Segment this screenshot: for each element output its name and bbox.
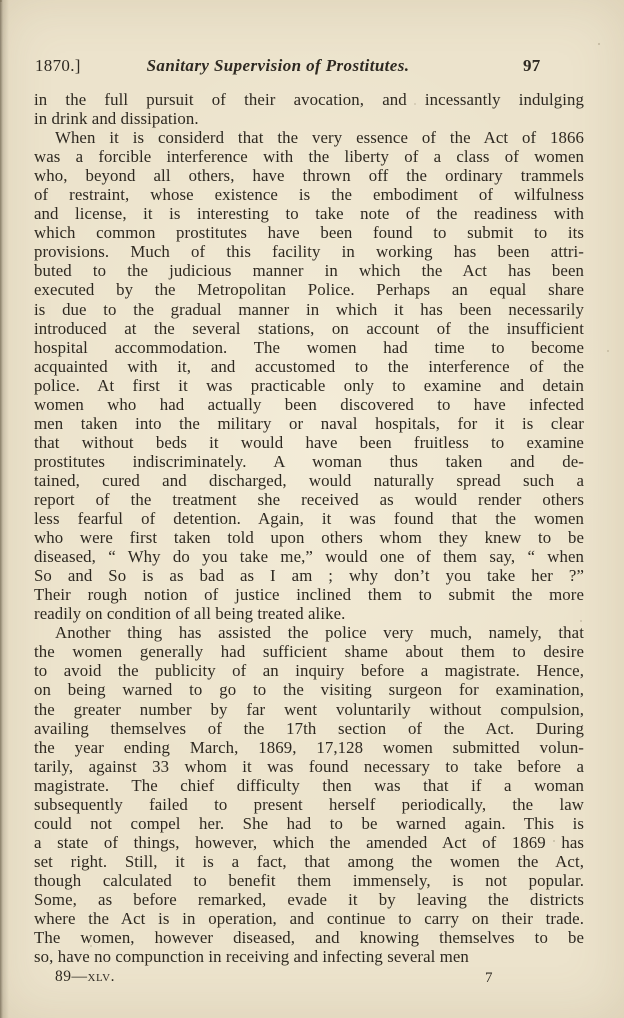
text-line: a state of things, however, which the am… xyxy=(34,833,584,852)
text-line: less fearful of detention. Again, it was… xyxy=(34,509,584,528)
text-line: in drink and dissipation. xyxy=(34,109,584,128)
text-line: introduced at the several stations, on a… xyxy=(34,319,584,338)
text-line: women who had actually been discovered t… xyxy=(34,395,584,414)
text-line: diseased, “ Why do you take me,” would o… xyxy=(34,547,584,566)
text-line: who, beyond all others, have thrown off … xyxy=(34,166,584,185)
text-line: on being warned to go to the visiting su… xyxy=(34,680,584,699)
text-line: prostitutes indiscriminately. A woman th… xyxy=(34,452,584,471)
text-line: that without beds it would have been fru… xyxy=(34,433,584,452)
text-line: hospital accommodation. The women had ti… xyxy=(34,338,584,357)
text-line: executed by the Metropolitan Police. Per… xyxy=(34,280,584,299)
text-line: tained, cured and discharged, would natu… xyxy=(34,471,584,490)
page-footer: 89—xlv. 7 xyxy=(34,968,586,990)
text-line: tarily, against 33 whom it was found nec… xyxy=(34,757,584,776)
header-chapter-title: Sanitary Supervision of Prostitutes. xyxy=(144,56,412,76)
text-line: set right. Still, it is a fact, that amo… xyxy=(34,852,584,871)
scanned-book-page: 1870.] Sanitary Supervision of Prostitut… xyxy=(0,0,624,1018)
text-block: in the full pursuit of their avocation, … xyxy=(34,90,584,966)
text-line: who were first taken told upon others wh… xyxy=(34,528,584,547)
text-line: the year ending March, 1869, 17,128 wome… xyxy=(34,738,584,757)
text-line: so, have no compunction in receiving and… xyxy=(34,947,584,966)
text-line: and license, it is interesting to take n… xyxy=(34,204,584,223)
text-line: to avoid the publicity of an inquiry bef… xyxy=(34,661,584,680)
text-line: could not compel her. She had to be warn… xyxy=(34,814,584,833)
text-line: provisions. Much of this facility in wor… xyxy=(34,242,584,261)
text-line: the greater number by far went voluntari… xyxy=(34,700,584,719)
text-line: report of the treatment she received as … xyxy=(34,490,584,509)
text-line: which common prostitutes have been found… xyxy=(34,223,584,242)
text-line: Their rough notion of justice inclined t… xyxy=(34,585,584,604)
text-line: subsequently failed to present herself p… xyxy=(34,795,584,814)
header-year-label: 1870.] xyxy=(35,56,81,76)
footer-signature-mark: 89—xlv. xyxy=(55,968,115,986)
text-line: When it is considerd that the very essen… xyxy=(34,128,584,147)
text-line: Another thing has assisted the police ve… xyxy=(34,623,584,642)
text-line: the women generally had sufficient shame… xyxy=(34,642,584,661)
text-line: Some, as before remarked, evade it by le… xyxy=(34,890,584,909)
text-line: So and So is as bad as I am ; why don’t … xyxy=(34,566,584,585)
text-line: buted to the judicious manner in which t… xyxy=(34,261,584,280)
text-line: was a forcible interference with the lib… xyxy=(34,147,584,166)
text-line: police. At first it was practicable only… xyxy=(34,376,584,395)
text-line: availing themselves of the 17th section … xyxy=(34,719,584,738)
text-line: The women, however diseased, and knowing… xyxy=(34,928,584,947)
text-line: is due to the gradual manner in which it… xyxy=(34,300,584,319)
page-content: 1870.] Sanitary Supervision of Prostitut… xyxy=(34,0,586,1018)
text-line: readily on condition of all being treate… xyxy=(34,604,584,623)
footer-press-figure: 7 xyxy=(485,970,493,987)
text-line: men taken into the military or naval hos… xyxy=(34,414,584,433)
text-line: where the Act is in operation, and conti… xyxy=(34,909,584,928)
text-line: though calculated to benefit them immens… xyxy=(34,871,584,890)
header-page-number: 97 xyxy=(523,56,541,76)
text-line: acquainted with it, and accustomed to th… xyxy=(34,357,584,376)
text-line: of restraint, whose existence is the emb… xyxy=(34,185,584,204)
running-head: 1870.] Sanitary Supervision of Prostitut… xyxy=(34,56,586,80)
text-line: in the full pursuit of their avocation, … xyxy=(34,90,584,109)
text-line: magistrate. The chief difficulty then wa… xyxy=(34,776,584,795)
